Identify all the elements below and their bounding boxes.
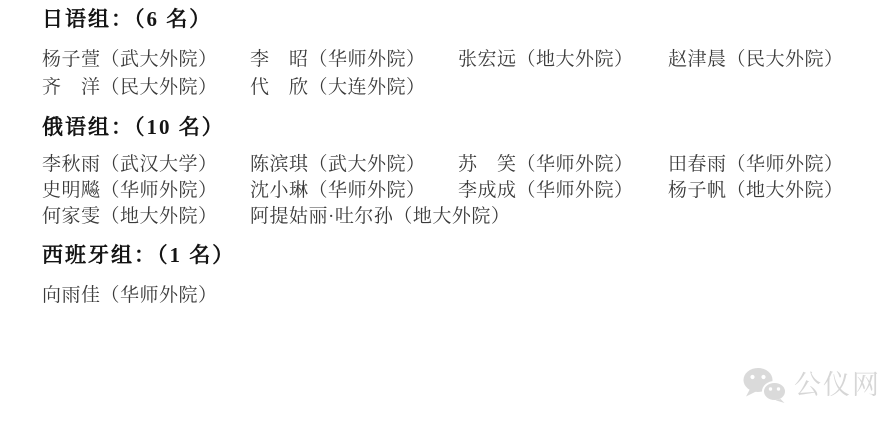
member-entry: 何家雯（地大外院） bbox=[42, 204, 250, 230]
member-entry: 向雨佳（华师外院） bbox=[42, 282, 250, 310]
member-row: 李秋雨（武汉大学） 陈滨琪（武大外院） 苏 笑（华师外院） 田春雨（华师外院） bbox=[42, 152, 895, 178]
member-entry: 陈滨琪（武大外院） bbox=[250, 152, 458, 178]
member-row: 何家雯（地大外院） 阿提姑丽·吐尔孙（地大外院） bbox=[42, 204, 895, 230]
wechat-icon bbox=[741, 366, 787, 404]
member-entry: 李秋雨（武汉大学） bbox=[42, 152, 250, 178]
member-entry: 李成成（华师外院） bbox=[458, 178, 668, 204]
member-entry: 李 昭（华师外院） bbox=[250, 46, 458, 74]
group-members-russian: 李秋雨（武汉大学） 陈滨琪（武大外院） 苏 笑（华师外院） 田春雨（华师外院） … bbox=[42, 152, 895, 230]
member-entry: 阿提姑丽·吐尔孙（地大外院） bbox=[250, 204, 895, 230]
group-heading-japanese: 日语组：（6 名） bbox=[42, 6, 895, 32]
member-entry: 苏 笑（华师外院） bbox=[458, 152, 668, 178]
member-entry: 齐 洋（民大外院） bbox=[42, 74, 250, 102]
member-entry: 代 欣（大连外院） bbox=[250, 74, 458, 102]
member-entry: 杨子萱（武大外院） bbox=[42, 46, 250, 74]
member-entry: 杨子帆（地大外院） bbox=[668, 178, 895, 204]
member-entry: 田春雨（华师外院） bbox=[668, 152, 895, 178]
group-heading-spanish: 西班牙组：（1 名） bbox=[42, 242, 895, 268]
watermark: 公仪网 bbox=[741, 366, 881, 404]
watermark-label: 公仪网 bbox=[794, 372, 881, 399]
member-row: 杨子萱（武大外院） 李 昭（华师外院） 张宏远（地大外院） 赵津晨（民大外院） bbox=[42, 46, 895, 74]
member-row: 齐 洋（民大外院） 代 欣（大连外院） bbox=[42, 74, 895, 102]
member-entry: 赵津晨（民大外院） bbox=[668, 46, 895, 74]
member-entry: 史明飚（华师外院） bbox=[42, 178, 250, 204]
member-entry: 沈小琳（华师外院） bbox=[250, 178, 458, 204]
document-page: 日语组：（6 名） 杨子萱（武大外院） 李 昭（华师外院） 张宏远（地大外院） … bbox=[0, 0, 895, 422]
group-members-spanish: 向雨佳（华师外院） bbox=[42, 282, 895, 310]
member-row: 史明飚（华师外院） 沈小琳（华师外院） 李成成（华师外院） 杨子帆（地大外院） bbox=[42, 178, 895, 204]
name-list-document: 日语组：（6 名） 杨子萱（武大外院） 李 昭（华师外院） 张宏远（地大外院） … bbox=[42, 6, 895, 310]
member-row: 向雨佳（华师外院） bbox=[42, 282, 895, 310]
member-entry: 张宏远（地大外院） bbox=[458, 46, 668, 74]
group-heading-russian: 俄语组：（10 名） bbox=[42, 114, 895, 140]
group-members-japanese: 杨子萱（武大外院） 李 昭（华师外院） 张宏远（地大外院） 赵津晨（民大外院） … bbox=[42, 46, 895, 102]
